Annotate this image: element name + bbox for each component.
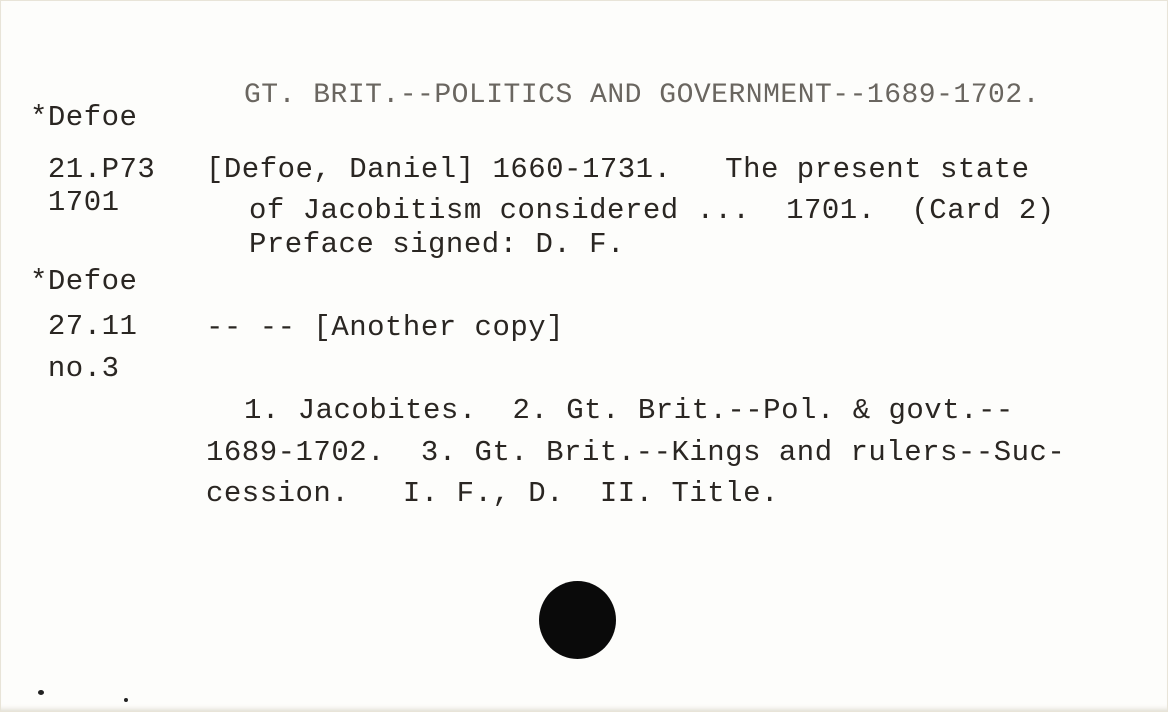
subject-heading: GT. BRIT.--POLITICS AND GOVERNMENT--1689… xyxy=(244,80,1040,111)
catalog-card: *Defoe 21.P73 1701 *Defoe 27.11 no.3 GT.… xyxy=(0,0,1168,712)
main-entry-line-1: [Defoe, Daniel] 1660-1731. The present s… xyxy=(206,153,1030,186)
main-entry-line-2: of Jacobitism considered ... 1701. (Card… xyxy=(249,194,1055,227)
punch-hole xyxy=(539,581,616,659)
tracings-line-1: 1. Jacobites. 2. Gt. Brit.--Pol. & govt.… xyxy=(244,394,1014,427)
call-number-2-line-2: 27.11 xyxy=(30,310,137,343)
call-number-1-line-2: 21.P73 xyxy=(30,153,155,186)
ink-speck xyxy=(124,698,128,702)
ink-speck xyxy=(38,690,44,695)
tracings-line-2: 1689-1702. 3. Gt. Brit.--Kings and ruler… xyxy=(206,436,1065,469)
call-number-1-line-1: *Defoe xyxy=(30,101,137,134)
tracings-line-3: cession. I. F., D. II. Title. xyxy=(206,477,779,510)
call-number-2-line-3: no.3 xyxy=(30,352,120,385)
preface-note: Preface signed: D. F. xyxy=(249,228,625,261)
another-copy-note: -- -- [Another copy] xyxy=(206,311,564,344)
call-number-1-line-3: 1701 xyxy=(30,186,120,219)
call-number-2-line-1: *Defoe xyxy=(30,265,137,298)
